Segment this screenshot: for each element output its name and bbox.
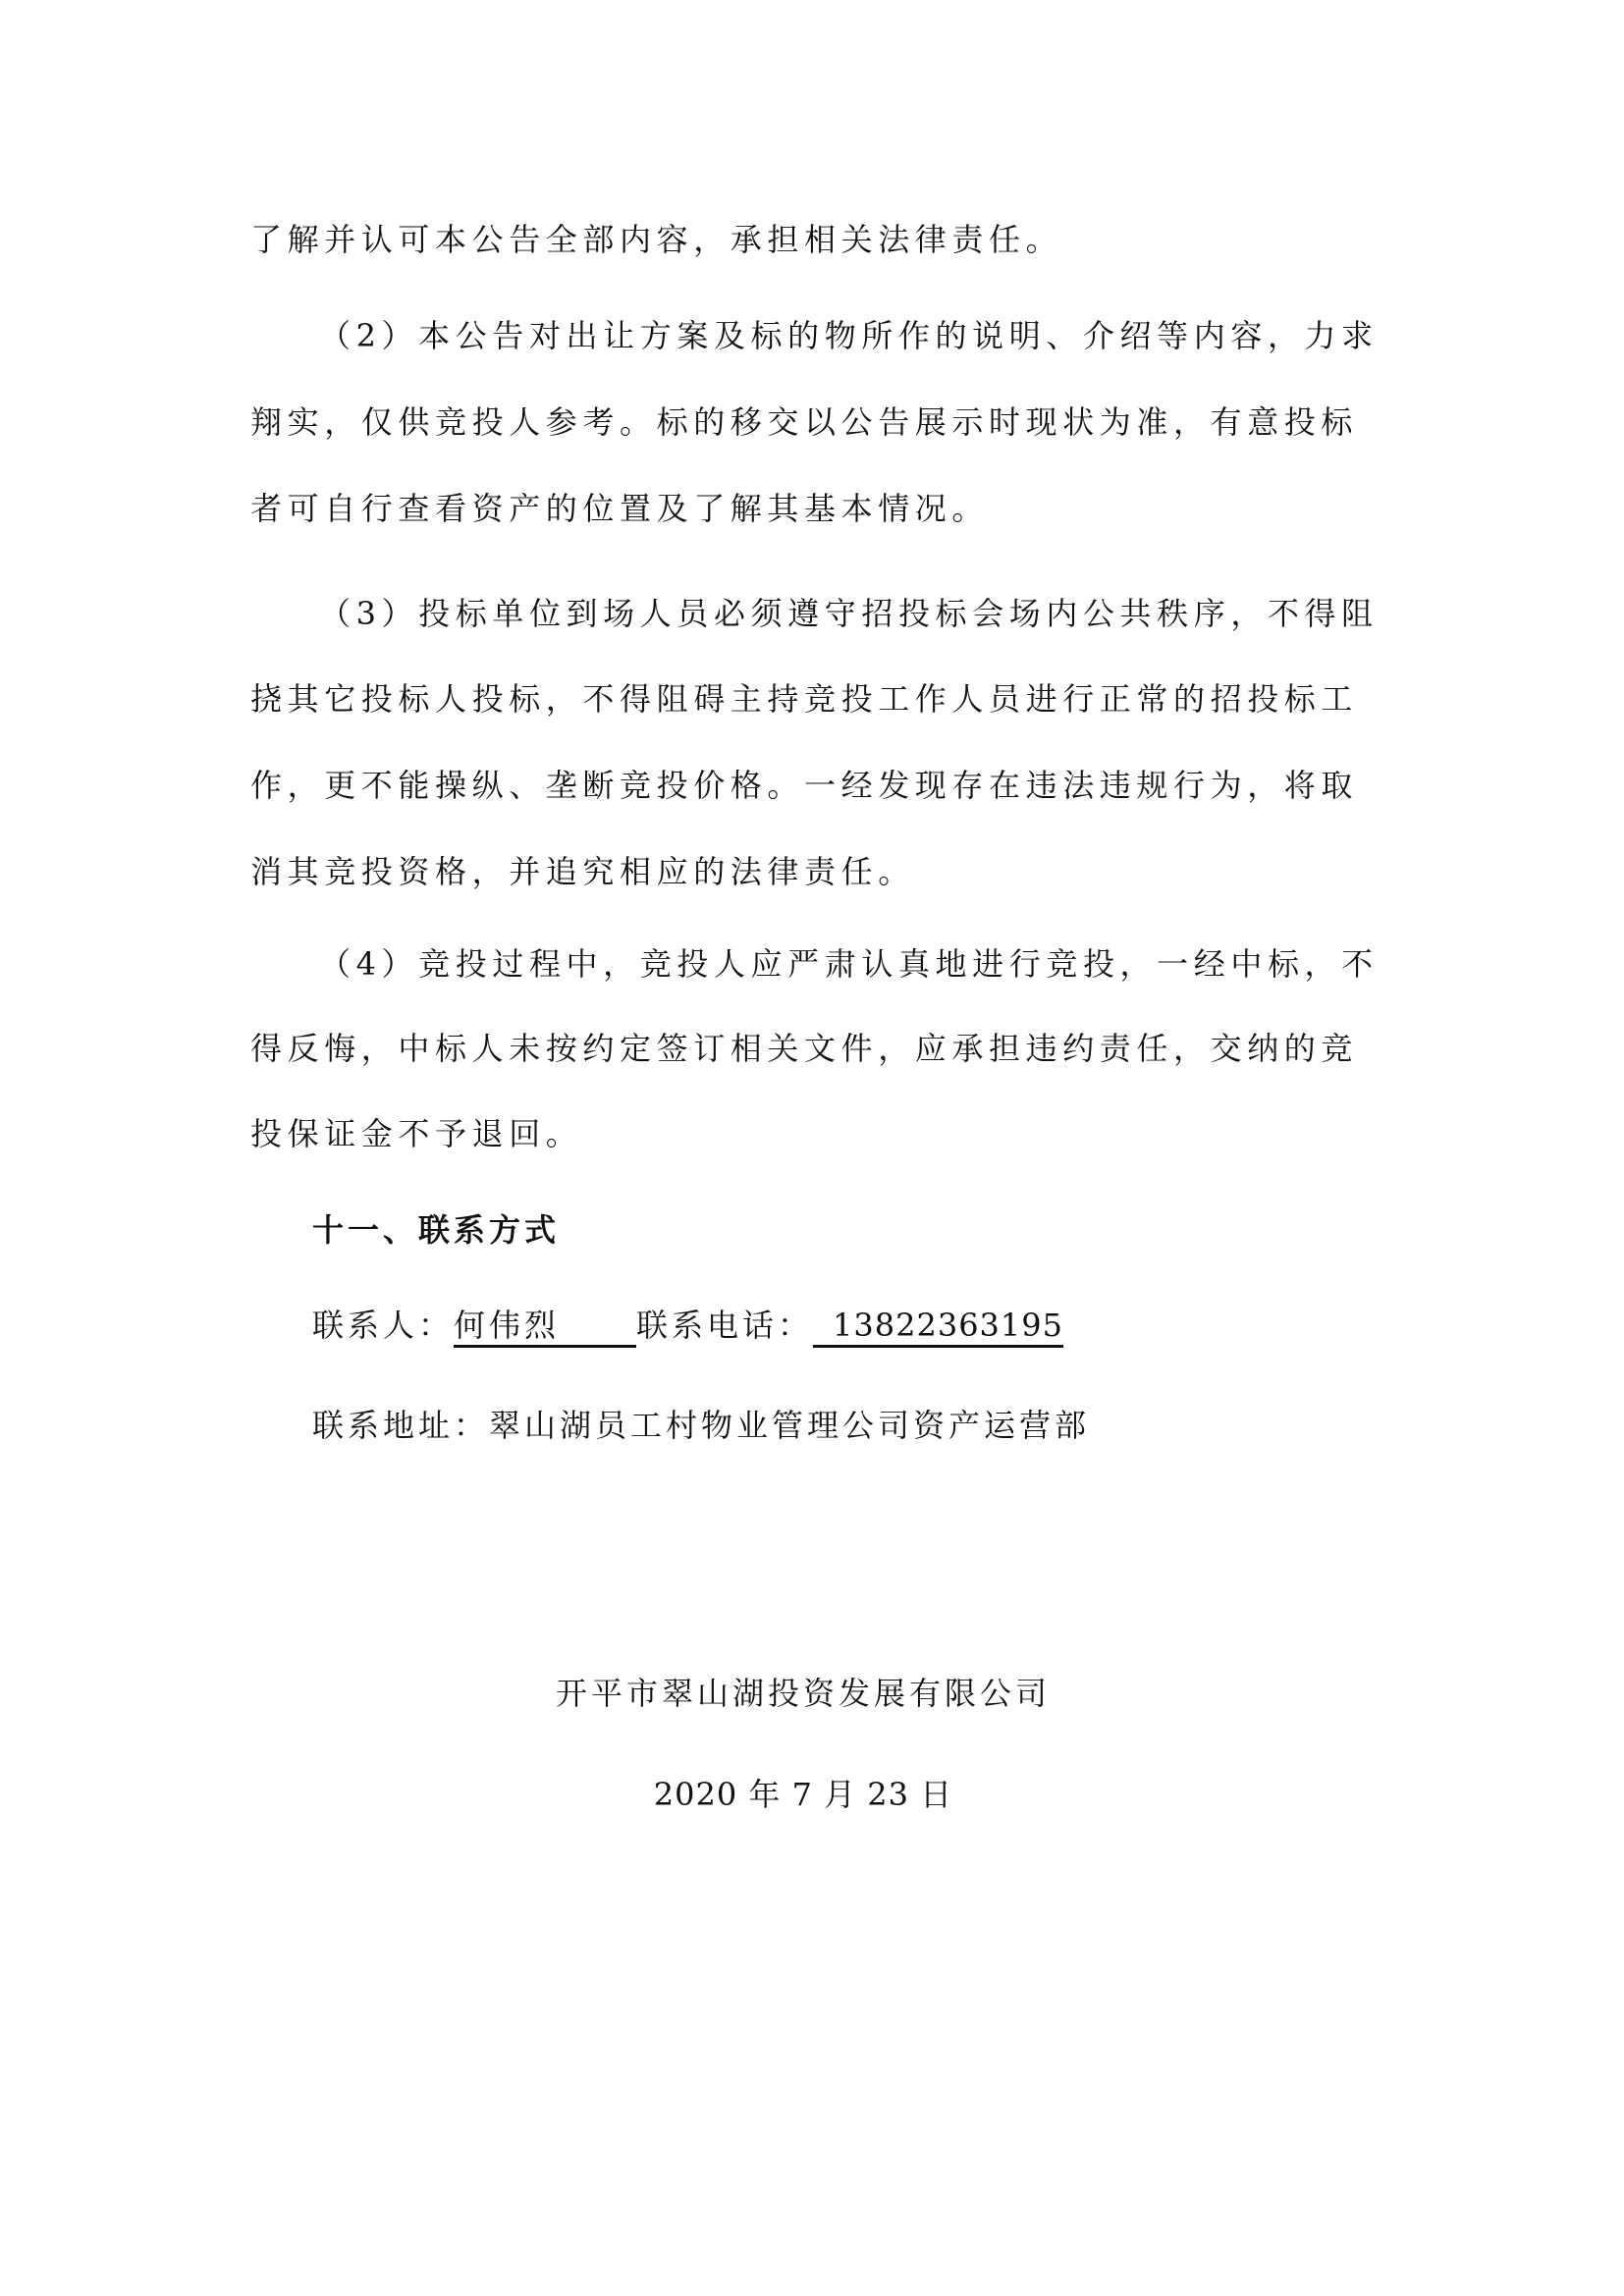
paragraph-line: （3）投标单位到场人员必须遵守招投标会场内公共秩序，不得阻 (319, 596, 1379, 631)
paragraph-line: 消其竞投资格，并追究相应的法律责任。 (250, 854, 915, 889)
paragraph-line: 作，更不能操纵、垄断竞投价格。一经发现存在违法违规行为，将取 (250, 768, 1358, 803)
contact-address-value: 翠山湖员工村物业管理公司资产运营部 (489, 1407, 1090, 1444)
signature-date: 2020 年 7 月 23 日 (0, 1777, 1606, 1812)
paragraph-line: 者可自行查看资产的位置及了解其基本情况。 (250, 491, 989, 526)
contact-person-label: 联系人： (312, 1307, 454, 1344)
paragraph-line: 挠其它投标人投标，不得阻碍主持竞投工作人员进行正常的招投标工 (250, 681, 1358, 717)
contact-address-label: 联系地址： (312, 1407, 489, 1444)
paragraph-line: （2）本公告对出让方案及标的物所作的说明、介绍等内容，力求 (319, 318, 1379, 353)
contact-address-row: 联系地址：翠山湖员工村物业管理公司资产运营部 (312, 1408, 1090, 1443)
contact-person-row: 联系人：何伟烈联系电话：13822363195 (312, 1308, 1063, 1348)
paragraph-line: （4）竞投过程中，竞投人应严肃认真地进行竞投，一经中标，不 (319, 946, 1379, 982)
contact-phone-value: 13822363195 (813, 1308, 1063, 1348)
paragraph-line: 投保证金不予退回。 (250, 1116, 582, 1151)
section-heading: 十一、联系方式 (312, 1212, 560, 1248)
paragraph-continuation: 了解并认可本公告全部内容，承担相关法律责任。 (250, 222, 1062, 257)
paragraph-line: 翔实，仅供竞投人参考。标的移交以公告展示时现状为准，有意投标 (250, 404, 1358, 440)
signature-company: 开平市翠山湖投资发展有限公司 (0, 1676, 1606, 1711)
contact-phone-label: 联系电话： (636, 1307, 813, 1344)
paragraph-line: 得反悔，中标人未按约定签订相关文件，应承担违约责任，交纳的竞 (250, 1031, 1358, 1066)
contact-person-value: 何伟烈 (454, 1308, 636, 1348)
